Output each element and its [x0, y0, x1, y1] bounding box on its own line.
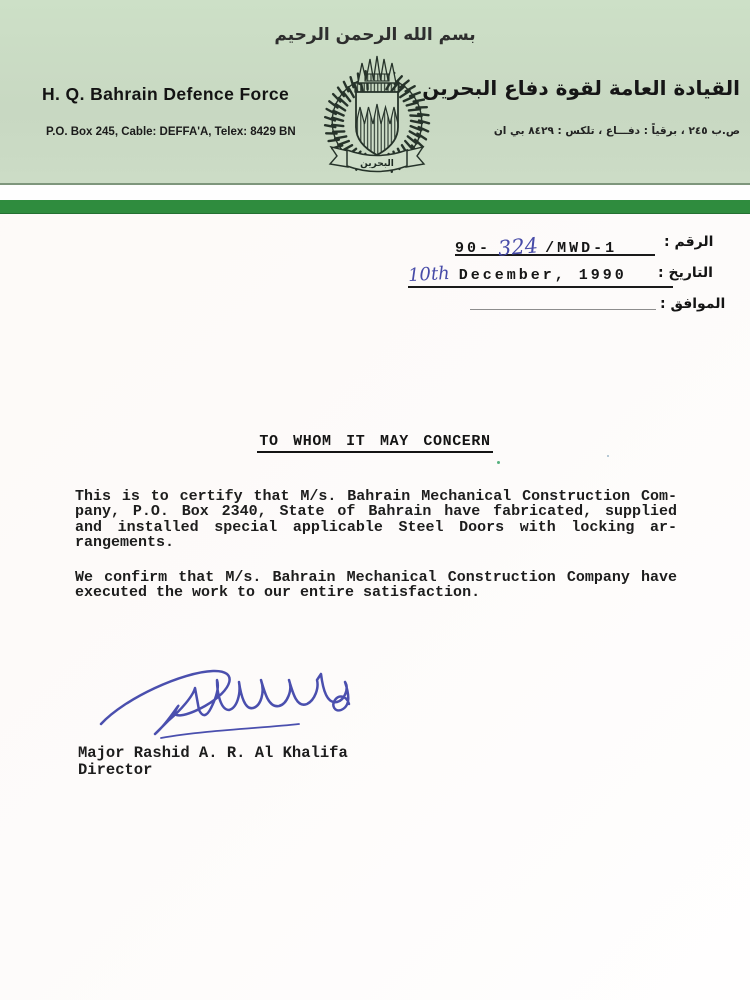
- contact-info-arabic: ص.ب ٢٤٥ ، برقياً : دفـــاع ، تلكس : ٨٤٢٩…: [494, 125, 740, 137]
- approved-label-arabic: الموافق :: [660, 296, 725, 312]
- wreath-leaf: [418, 114, 428, 115]
- date-handwritten-day: 10th: [407, 263, 450, 286]
- shield-cornice: [355, 83, 399, 92]
- paper-speck: [607, 455, 609, 457]
- signatory-block: Major Rashid A. R. Al Khalifa Director: [78, 745, 348, 779]
- body-line: pany, P.O. Box 2340, State of Bahrain ha…: [75, 504, 677, 519]
- signature-underline-stroke: [161, 724, 299, 738]
- paper-speck: [497, 461, 500, 464]
- scanned-letter-page: بسم الله الرحمن الرحيم H. Q. Bahrain Def…: [0, 0, 750, 1000]
- approved-blank-field: [470, 296, 656, 310]
- reference-number-field: 90- 324 /MWD-1: [455, 233, 655, 256]
- wreath-leaf: [410, 116, 421, 117]
- letter-body: This is to certify that M/s. Bahrain Mec…: [75, 489, 677, 601]
- wreath-leaf: [335, 136, 346, 138]
- reference-handwritten-number: 324: [497, 233, 539, 260]
- emblem-banner-text: البحرين: [360, 159, 394, 169]
- body-line: rangements.: [75, 535, 677, 550]
- org-name-arabic: القيادة العامة لقوة دفاع البحرين: [422, 76, 740, 100]
- body-line: and installed special applicable Steel D…: [75, 520, 677, 535]
- banner-right-tail: [406, 147, 424, 167]
- signatory-title: Director: [78, 762, 348, 779]
- org-name-english: H. Q. Bahrain Defence Force: [42, 84, 289, 105]
- body-line: We confirm that M/s. Bahrain Mechanical …: [75, 570, 677, 585]
- letter-title-row: TO WHOM IT MAY CONCERN: [0, 432, 750, 453]
- wreath-leaf: [338, 141, 349, 145]
- bdf-crest-emblem: البحرين: [312, 50, 442, 178]
- wreath-leaf: [404, 97, 414, 102]
- reference-prefix: 90-: [455, 240, 491, 257]
- body-line: This is to certify that M/s. Bahrain Mec…: [75, 489, 677, 504]
- shield-group: البحرين: [330, 56, 424, 172]
- wreath-leaf: [329, 140, 339, 141]
- crown-base: [365, 74, 389, 81]
- banner-left-tail: [330, 147, 348, 167]
- handwritten-signature: [95, 658, 395, 753]
- bismillah-calligraphy: بسم الله الرحمن الرحيم: [274, 25, 475, 45]
- wreath-leaf: [407, 103, 418, 106]
- letterhead-divider-gap: [0, 185, 750, 200]
- wreath-leaf: [409, 109, 420, 110]
- letter-title: TO WHOM IT MAY CONCERN: [257, 433, 492, 453]
- green-stripe: [0, 200, 750, 214]
- contact-info-english: P.O. Box 245, Cable: DEFFA'A, Telex: 842…: [46, 126, 296, 138]
- reference-suffix: /MWD-1: [545, 240, 617, 257]
- signature-stroke: [101, 671, 349, 734]
- reference-label-arabic: الرقم :: [664, 234, 713, 250]
- signatory-name: Major Rashid A. R. Al Khalifa: [78, 745, 348, 762]
- date-field: 10th December, 1990: [408, 263, 673, 288]
- date-label-arabic: التاريخ :: [658, 265, 713, 281]
- date-typed: December, 1990: [459, 267, 627, 284]
- body-line: executed the work to our entire satisfac…: [75, 585, 677, 600]
